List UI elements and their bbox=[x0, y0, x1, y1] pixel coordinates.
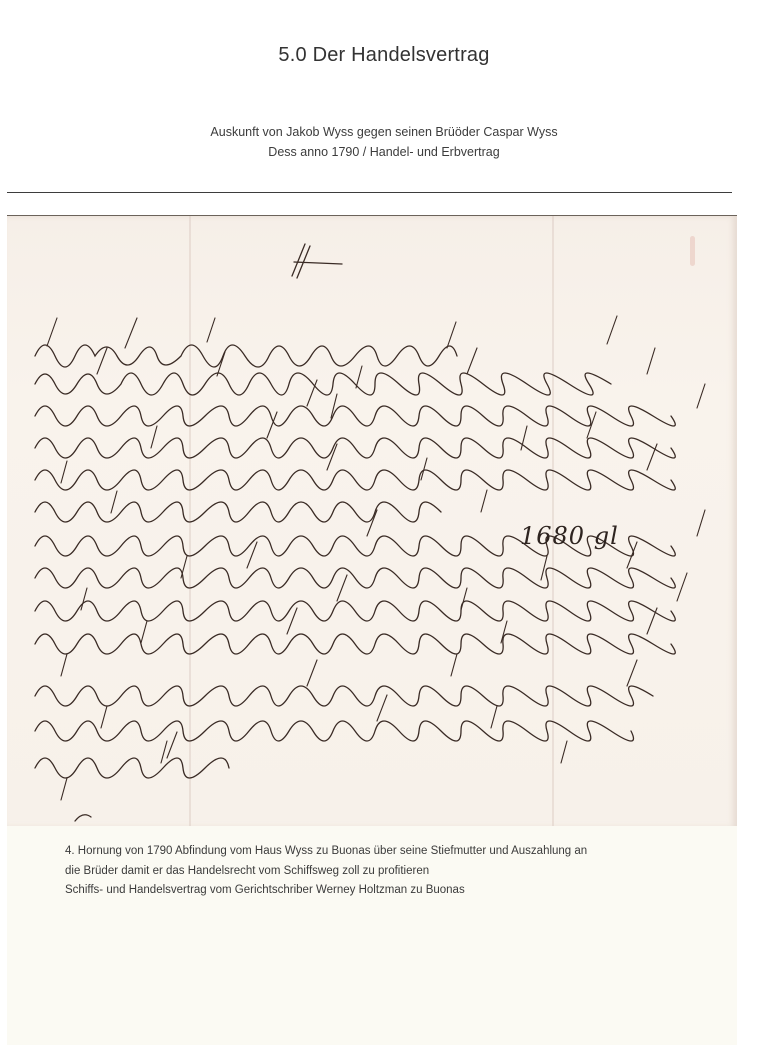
divider-line bbox=[7, 192, 732, 193]
page-title: 5.0 Der Handelsvertrag bbox=[0, 44, 768, 67]
page-subtitle: Auskunft von Jakob Wyss gegen seinen Brü… bbox=[0, 122, 768, 162]
manuscript-image: 1680 gl bbox=[7, 215, 737, 828]
caption-text: 4. Hornung von 1790 Abfindung vom Haus W… bbox=[65, 842, 705, 901]
caption-panel: 4. Hornung von 1790 Abfindung vom Haus W… bbox=[7, 826, 737, 1045]
subtitle-line-2: Dess anno 1790 / Handel- und Erbvertrag bbox=[0, 142, 768, 162]
subtitle-line-1: Auskunft von Jakob Wyss gegen seinen Brü… bbox=[0, 122, 768, 142]
manuscript-amount: 1680 gl bbox=[520, 522, 619, 550]
caption-line-3: Schiffs- und Handelsvertrag vom Gerichts… bbox=[65, 881, 705, 901]
handwritten-script bbox=[7, 216, 737, 828]
caption-line-2: die Brüder damit er das Handelsrecht vom… bbox=[65, 862, 705, 882]
caption-line-1: 4. Hornung von 1790 Abfindung vom Haus W… bbox=[65, 842, 705, 862]
